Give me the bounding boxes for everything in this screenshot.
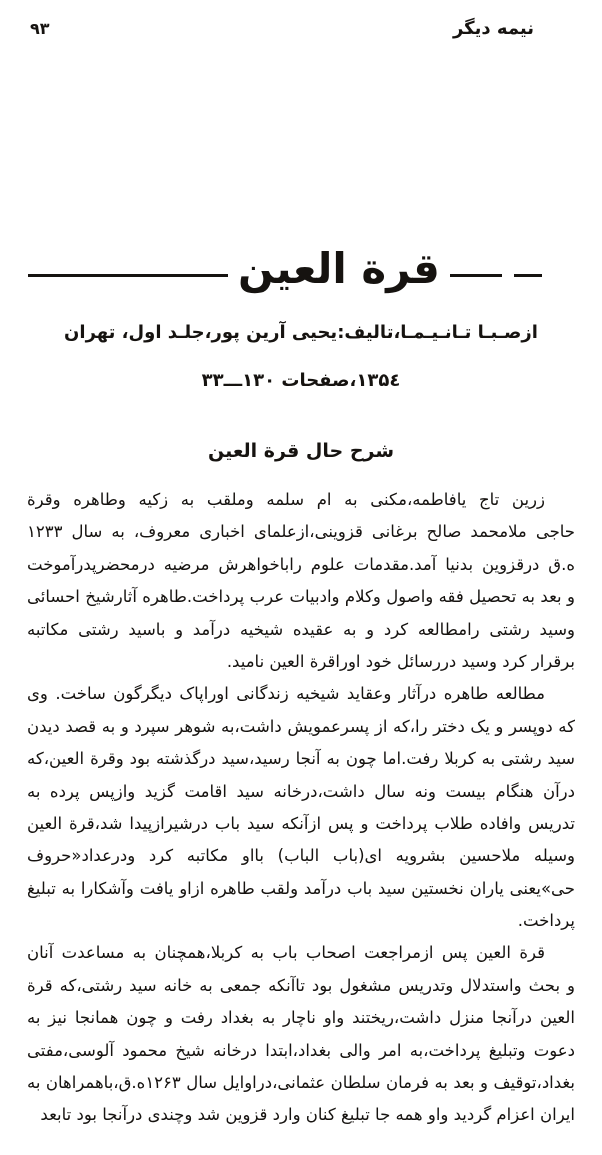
text-line: تدریس وافاده طلاب پرداخت و پس ازآنکه سید… — [27, 808, 575, 840]
article-body: زرین تاج یافاطمه،مکنی به ام سلمه وملقب ب… — [27, 484, 575, 1132]
article-title: قرة العین — [228, 248, 450, 302]
text-line: پرداخت. — [27, 905, 575, 937]
text-line: بغداد،توقیف و بعد به فرمان سلطان عثمانی،… — [27, 1067, 575, 1099]
text-line: سید رشتی به کربلا رفت.اما چون به آنجا رس… — [27, 743, 575, 775]
paragraph: قرة العین پس ازمراجعت اصحاب باب به کربلا… — [27, 937, 575, 1131]
text-line: العین درآنجا منزل داشت،ریختند واو ناچار … — [27, 1002, 575, 1034]
text-line: و بحث واستدلال وتدریس مشغول بود تاآنکه ج… — [27, 970, 575, 1002]
paragraph: مطالعه طاهره درآثار وعقاید شیخیه زندگانی… — [27, 678, 575, 937]
page-number: ۹۳ — [30, 19, 50, 38]
text-line: ایران اعزام گردید واو همه جا تبلیغ کنان … — [27, 1099, 575, 1131]
text-line: درآن هنگام بیست ونه سال داشت،درخانه سید … — [27, 776, 575, 808]
text-line: وسیله ملاحسین بشرویه ای(باب الباب) بااو … — [27, 840, 575, 872]
text-line: حاجی ملامحمد صالح برغانی قزوینی،ازعلمای … — [27, 516, 575, 548]
title-rule-left — [28, 274, 228, 277]
text-line: که دوپسر و یک دختر را،که از پسرعمویش داش… — [27, 711, 575, 743]
text-line: مطالعه طاهره درآثار وعقاید شیخیه زندگانی… — [27, 678, 575, 710]
title-rule-right-dash — [514, 274, 542, 277]
section-heading: شرح حال قرة العین — [0, 440, 602, 462]
text-line: دعوت وتبلیغ پرداخت،به امر والی بغداد،ابت… — [27, 1035, 575, 1067]
journal-name: نیمه دیگر — [453, 18, 534, 39]
bibliography-source-line: ازصـبـا تـانـیـمـا،تالیف:یحیی آرین پور،ج… — [0, 322, 602, 343]
article-title-row: قرة العین — [28, 232, 574, 318]
text-line: وسید رشتی رامطالعه کرد و به عقیده شیخیه … — [27, 614, 575, 646]
title-rule-right-segment — [450, 274, 502, 277]
text-line: ه.ق درقزوین بدنیا آمد.مقدمات علوم راباخو… — [27, 549, 575, 581]
scanned-journal-page: نیمه دیگر ۹۳ قرة العین ازصـبـا تـانـیـمـ… — [0, 0, 602, 1155]
text-line: حی»یعنی یاران نخستین سید باب درآمد ولقب … — [27, 873, 575, 905]
running-header: نیمه دیگر ۹۳ — [30, 18, 534, 39]
paragraph: زرین تاج یافاطمه،مکنی به ام سلمه وملقب ب… — [27, 484, 575, 678]
title-rule-right — [450, 274, 542, 277]
text-line: و بعد به تحصیل فقه واصول وکلام وادبیات ع… — [27, 581, 575, 613]
text-line: برقرار کرد وسید دررسائل خود اوراقرة العی… — [27, 646, 575, 678]
text-line: زرین تاج یافاطمه،مکنی به ام سلمه وملقب ب… — [27, 484, 575, 516]
text-line: قرة العین پس ازمراجعت اصحاب باب به کربلا… — [27, 937, 575, 969]
bibliography-pages-line: ۱۳۵٤،صفحات ۱۳۰ـــ۳۳ — [0, 370, 602, 391]
